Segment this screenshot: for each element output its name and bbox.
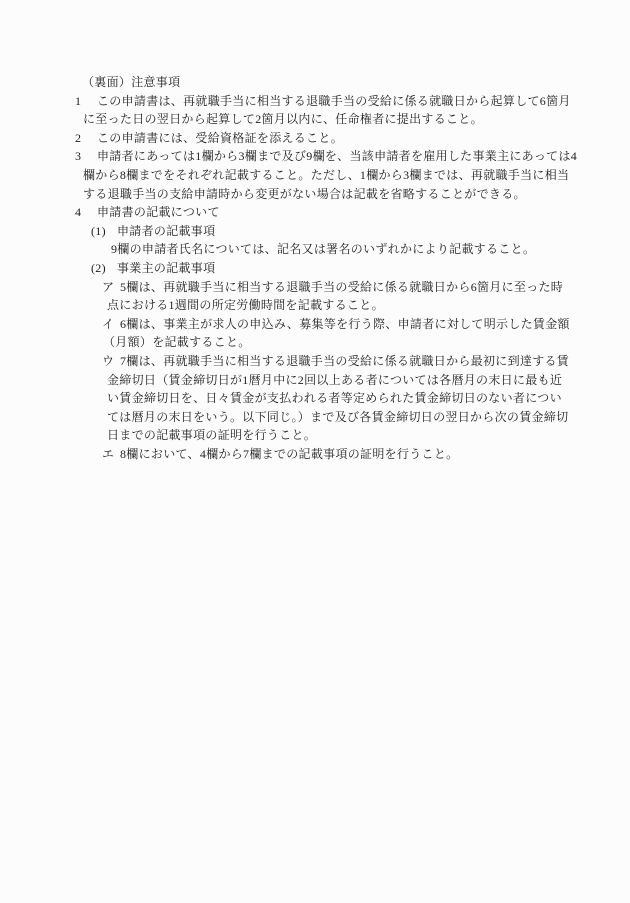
item-u-text-cont-3: ては暦月の末日をいう。以下同じ。）まで及び各賃金締切日の翌日から次の賃金締切 [107, 408, 568, 427]
item-u-text-cont-2: い賃金締切日を、日々賃金が支払われる者等定められた賃金締切日のない者につい [107, 389, 562, 408]
note-3-text-cont: 欄から8欄までをそれぞれ記載すること。ただし、1欄から3欄までは、再就職手当に相… [83, 166, 569, 185]
item-i-line-1: イ 6欄は、事業主が求人の申込み、募集等を行う際、申請者に対して明示した賃金額 [102, 315, 630, 334]
note-2-line-1: 2 この申請書には、受給資格証を添えること。 [75, 129, 630, 148]
item-u-text-cont-1: 金締切日（賃金締切日が1暦月中に2回以上ある者については各暦月の末日に最も近 [107, 371, 562, 390]
note-2-number: 2 [75, 129, 97, 148]
note-4-text: 申請書の記載について [97, 203, 220, 222]
note-1-text: この申請書は、再就職手当に相当する退職手当の受給に係る就職日から起算して6箇月 [97, 92, 571, 111]
document-page: （裏面）注意事項 1 この申請書は、再就職手当に相当する退職手当の受給に係る就職… [0, 0, 630, 903]
sub-1-title: 申請者の記載事項 [117, 222, 215, 241]
note-3-line-3: する退職手当の支給申請時から変更がない場合は記載を省略することができる。 [83, 185, 630, 204]
note-1-text-cont: に至った日の翌日から起算して2箇月以内に、任命権者に提出すること。 [83, 110, 483, 129]
item-e-line-1: エ 8欄において、4欄から7欄までの記載事項の証明を行うこと。 [102, 445, 630, 464]
sub-1-body-text: 9欄の申請者氏名については、記名又は署名のいずれかにより記載すること。 [111, 240, 535, 259]
page-title-text: （裏面）注意事項 [82, 73, 180, 92]
item-a-line-2: 点における1週間の所定労働時間を記載すること。 [107, 296, 630, 315]
item-a-text-cont: 点における1週間の所定労働時間を記載すること。 [107, 296, 384, 315]
item-u-text-cont-4: 日までの記載事項の証明を行うこと。 [107, 426, 316, 445]
note-3-text-cont-2: する退職手当の支給申請時から変更がない場合は記載を省略することができる。 [83, 185, 526, 204]
sub-1-body: 9欄の申請者氏名については、記名又は署名のいずれかにより記載すること。 [111, 240, 630, 259]
item-u-line-1: ウ 7欄は、再就職手当に相当する退職手当の受給に係る就職日から最初に到達する賃 [102, 352, 630, 371]
sub-1-label: (1) [91, 222, 117, 241]
note-1-line-2: に至った日の翌日から起算して2箇月以内に、任命権者に提出すること。 [83, 110, 630, 129]
item-u-line-5: 日までの記載事項の証明を行うこと。 [107, 426, 630, 445]
item-u-line-3: い賃金締切日を、日々賃金が支払われる者等定められた賃金締切日のない者につい [107, 389, 630, 408]
note-4-number: 4 [75, 203, 97, 222]
note-3-number: 3 [75, 147, 97, 166]
item-u-text: 7欄は、再就職手当に相当する退職手当の受給に係る就職日から最初に到達する賃 [120, 352, 569, 371]
item-a-text: 5欄は、再就職手当に相当する退職手当の受給に係る就職日から6箇月に至った時 [120, 278, 563, 297]
item-e-text: 8欄において、4欄から7欄までの記載事項の証明を行うこと。 [120, 445, 458, 464]
sub-1-heading: (1) 申請者の記載事項 [91, 222, 630, 241]
item-a-line-1: ア 5欄は、再就職手当に相当する退職手当の受給に係る就職日から6箇月に至った時 [102, 278, 630, 297]
note-3-line-2: 欄から8欄までをそれぞれ記載すること。ただし、1欄から3欄までは、再就職手当に相… [83, 166, 630, 185]
item-i-text-cont: （月額）を記載すること。 [103, 333, 251, 352]
item-i-text: 6欄は、事業主が求人の申込み、募集等を行う際、申請者に対して明示した賃金額 [120, 315, 570, 334]
item-u-label: ウ [102, 352, 120, 371]
note-1-number: 1 [75, 92, 97, 111]
sub-2-label: (2) [91, 259, 117, 278]
item-e-label: エ [102, 445, 120, 464]
note-1-line-1: 1 この申請書は、再就職手当に相当する退職手当の受給に係る就職日から起算して6箇… [75, 92, 630, 111]
sub-2-title: 事業主の記載事項 [117, 259, 215, 278]
note-4-line-1: 4 申請書の記載について [75, 203, 630, 222]
item-u-line-2: 金締切日（賃金締切日が1暦月中に2回以上ある者については各暦月の末日に最も近 [107, 371, 630, 390]
note-3-line-1: 3 申請者にあっては1欄から3欄まで及び9欄を、当該申請者を雇用した事業主にあっ… [75, 147, 630, 166]
item-i-label: イ [102, 315, 120, 334]
item-a-label: ア [102, 278, 120, 297]
note-3-text: 申請者にあっては1欄から3欄まで及び9欄を、当該申請者を雇用した事業主にあっては… [97, 147, 577, 166]
item-i-line-2: （月額）を記載すること。 [103, 333, 630, 352]
page-title: （裏面）注意事項 [82, 73, 630, 92]
note-2-text: この申請書には、受給資格証を添えること。 [97, 129, 343, 148]
item-u-line-4: ては暦月の末日をいう。以下同じ。）まで及び各賃金締切日の翌日から次の賃金締切 [107, 408, 630, 427]
sub-2-heading: (2) 事業主の記載事項 [91, 259, 630, 278]
